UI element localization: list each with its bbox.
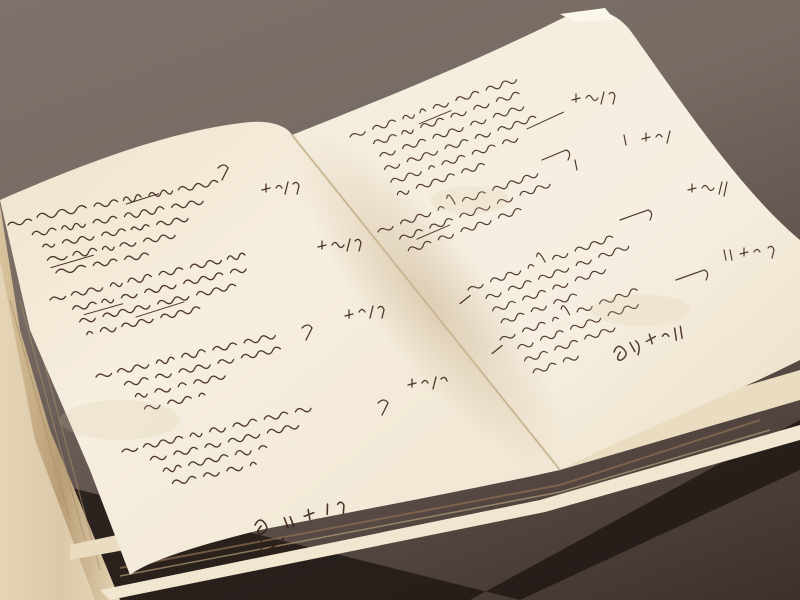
open-manuscript-book [0,0,800,600]
photo-scene [0,0,800,600]
